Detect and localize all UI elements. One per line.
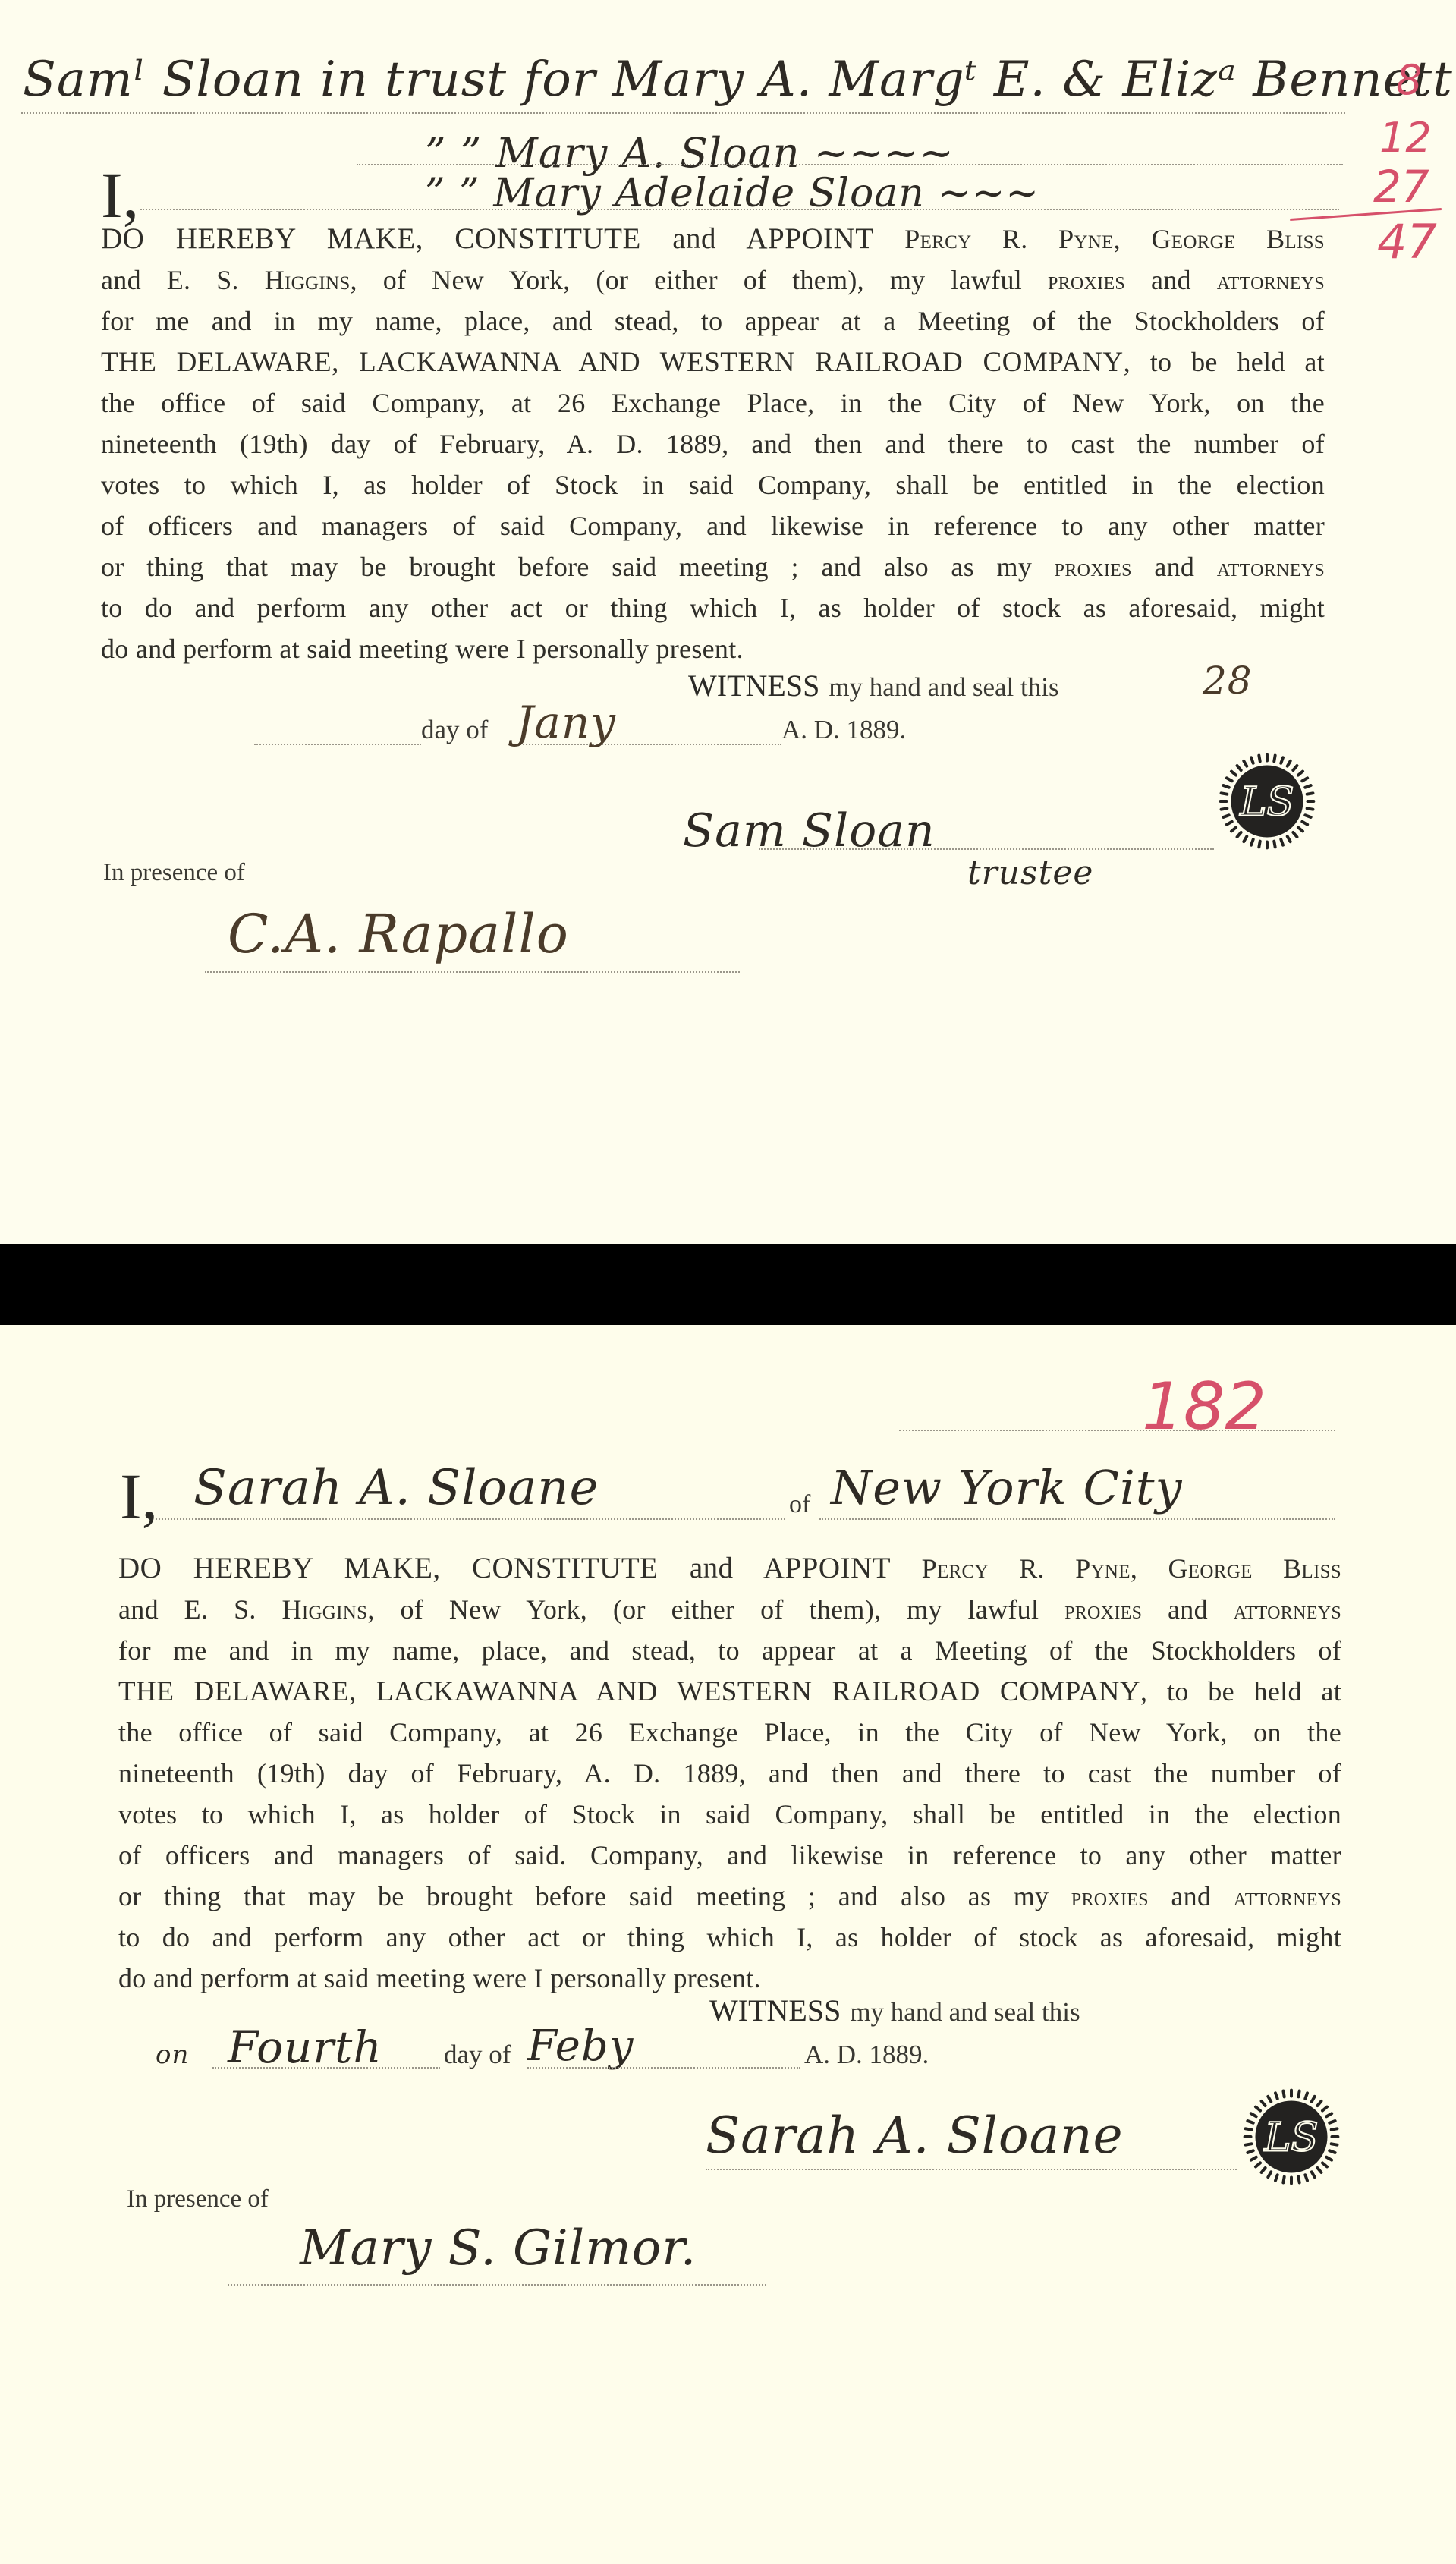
ledger-number-rule bbox=[899, 1430, 1335, 1431]
proxy-body-text: DO HEREBY MAKE, CONSTITUTE and APPOINT P… bbox=[118, 1548, 1341, 1999]
witness-month-handwritten: Jany bbox=[516, 697, 616, 748]
in-presence-of-label: In presence of bbox=[127, 2185, 269, 2213]
grantor-name-rule bbox=[156, 1518, 785, 1520]
grantor-name-handwritten: Sarah A. Sloane bbox=[193, 1460, 599, 1516]
body-line-3: for me and in my name, place, and stead,… bbox=[101, 300, 1325, 341]
body-line-8: of officers and managers of said Company… bbox=[101, 505, 1325, 546]
witness-day-handwritten: 28 bbox=[1203, 659, 1253, 703]
witness-day-handwritten: Fourth bbox=[228, 2021, 382, 2073]
witness-month-handwritten: Feby bbox=[527, 2021, 634, 2071]
body-line-5: the office of said Company, at 26 Exchan… bbox=[118, 1712, 1341, 1753]
residence-rule bbox=[819, 1518, 1335, 1520]
body-line-8: of officers and managers of said. Compan… bbox=[118, 1835, 1341, 1876]
body-line-9: or thing that may be brought before said… bbox=[118, 1876, 1341, 1917]
opening-I: I, bbox=[120, 1464, 158, 1529]
day-rule bbox=[212, 2067, 440, 2069]
body-line-2: and E. S. Higgins, of New York, (or eith… bbox=[118, 1589, 1341, 1630]
tally-value-2: 12 bbox=[1379, 114, 1432, 162]
proxy-body-text: DO HEREBY MAKE, CONSTITUTE and APPOINT P… bbox=[101, 219, 1325, 669]
of-label: of bbox=[789, 1490, 810, 1519]
seal-icon: LS bbox=[1241, 2087, 1341, 2187]
grantor-line-2-rule bbox=[357, 164, 1343, 165]
day-of-label: day of bbox=[444, 2040, 511, 2070]
witness-clause: WITNESS my hand and seal this bbox=[709, 1993, 1080, 2028]
proxy-form-1: Samˡ Sloan in trust for Mary A. Margᵗ E.… bbox=[0, 0, 1456, 1244]
body-line-11: do and perform at said meeting were I pe… bbox=[101, 628, 1325, 669]
signature-rule bbox=[759, 848, 1214, 850]
body-line-2: and E. S. Higgins, of New York, (or eith… bbox=[101, 260, 1325, 300]
ledger-number: 182 bbox=[1142, 1369, 1266, 1445]
in-presence-of-label: In presence of bbox=[103, 859, 245, 887]
page-separator-bar bbox=[0, 1244, 1456, 1325]
signature-rule bbox=[706, 2169, 1237, 2170]
year-label: A. D. 1889. bbox=[804, 2040, 929, 2070]
witness-signature-rule bbox=[228, 2284, 766, 2286]
body-line-3: for me and in my name, place, and stead,… bbox=[118, 1630, 1341, 1671]
body-line-10: to do and perform any other act or thing… bbox=[101, 587, 1325, 628]
signature-handwritten: Sarah A. Sloane bbox=[706, 2106, 1124, 2165]
day-rule bbox=[254, 744, 421, 745]
witness-signature-handwritten: Mary S. Gilmor. bbox=[300, 2220, 697, 2276]
witness-signature-rule bbox=[205, 971, 740, 973]
grantor-handwritten-line-1: Samˡ Sloan in trust for Mary A. Margᵗ E.… bbox=[23, 52, 1453, 108]
body-line-9: or thing that may be brought before said… bbox=[101, 546, 1325, 587]
grantor-line-1-rule bbox=[21, 112, 1345, 114]
tally-value-1: 8 bbox=[1396, 56, 1422, 104]
year-label: A. D. 1889. bbox=[781, 715, 906, 745]
seal-icon: LS bbox=[1217, 751, 1317, 851]
grantor-line-3-rule bbox=[140, 209, 1339, 210]
body-line-4: THE DELAWARE, LACKAWANNA AND WESTERN RAI… bbox=[118, 1671, 1341, 1712]
tally-total: 47 bbox=[1377, 214, 1437, 269]
body-line-1: DO HEREBY MAKE, CONSTITUTE and APPOINT P… bbox=[118, 1548, 1341, 1589]
grantor-handwritten-line-2: ” ” Mary A. Sloan ~~~~ bbox=[425, 129, 954, 177]
body-line-5: the office of said Company, at 26 Exchan… bbox=[101, 382, 1325, 423]
body-line-10: to do and perform any other act or thing… bbox=[118, 1917, 1341, 1958]
tally-value-3: 27 bbox=[1373, 161, 1429, 212]
body-line-1: DO HEREBY MAKE, CONSTITUTE and APPOINT P… bbox=[101, 219, 1325, 260]
svg-text:LS: LS bbox=[1239, 779, 1294, 825]
day-of-label: day of bbox=[421, 715, 488, 745]
month-rule bbox=[527, 2067, 800, 2069]
witness-signature-handwritten: C.A. Rapallo bbox=[228, 903, 569, 965]
svg-text:LS: LS bbox=[1263, 2114, 1318, 2160]
body-line-6: nineteenth (19th) day of February, A. D.… bbox=[118, 1753, 1341, 1794]
witness-clause: WITNESS my hand and seal this bbox=[688, 668, 1059, 703]
body-line-7: votes to which I, as holder of Stock in … bbox=[118, 1794, 1341, 1835]
witness-day-prefix-handwritten: on bbox=[156, 2040, 189, 2070]
body-line-4: THE DELAWARE, LACKAWANNA AND WESTERN RAI… bbox=[101, 341, 1325, 382]
body-line-6: nineteenth (19th) day of February, A. D.… bbox=[101, 423, 1325, 464]
residence-handwritten: New York City bbox=[831, 1460, 1183, 1515]
proxy-form-2: 182 I, Sarah A. Sloane of New York City … bbox=[0, 1325, 1456, 2564]
body-line-7: votes to which I, as holder of Stock in … bbox=[101, 464, 1325, 505]
signature-title-handwritten: trustee bbox=[967, 854, 1093, 892]
